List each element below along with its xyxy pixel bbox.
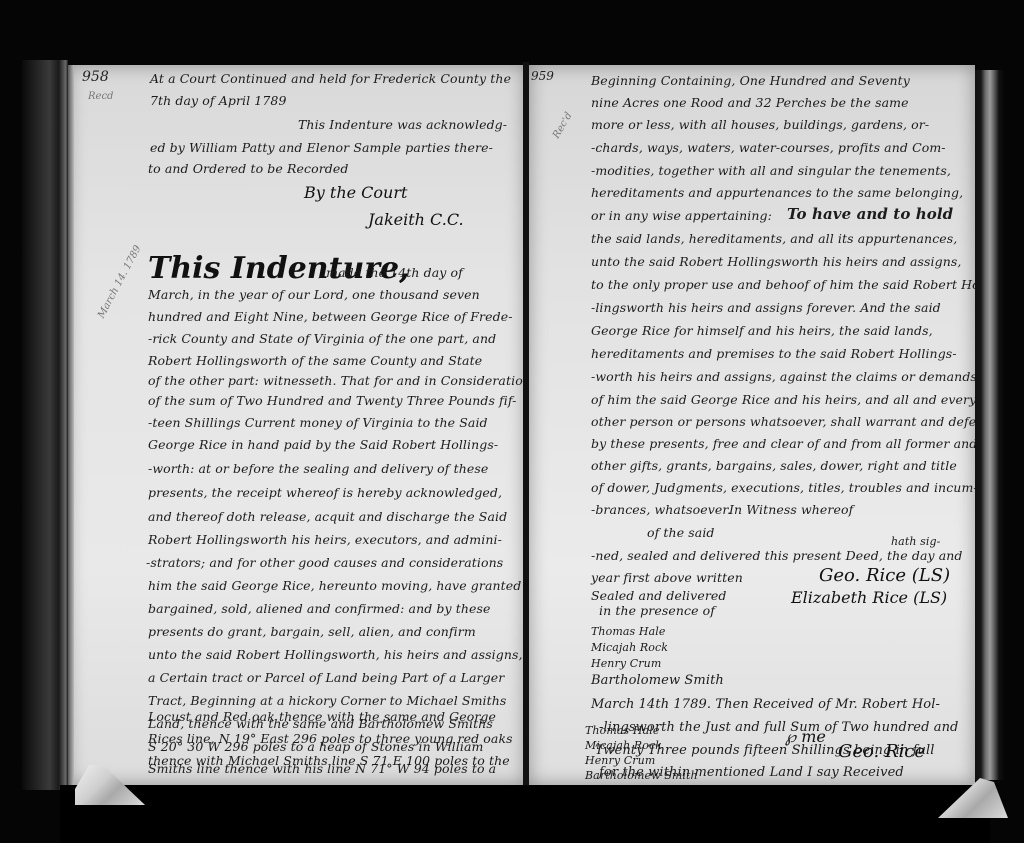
- signature-elizabeth-rice: Elizabeth Rice (LS): [791, 588, 947, 607]
- deed-line: George Rice for himself and his heirs, t…: [591, 323, 933, 338]
- witness-name: Henry Crum: [585, 754, 655, 767]
- book-edge-left: [22, 60, 68, 790]
- indenture-line: thence with Michael Smiths line S 71 E 1…: [148, 753, 510, 768]
- indenture-line: -worth: at or before the sealing and del…: [148, 461, 488, 476]
- page-number-left: 958: [82, 69, 109, 85]
- indenture-line: of the sum of Two Hundred and Twenty Thr…: [148, 393, 517, 408]
- receipt-line: March 14th 1789. Then Received of Mr. Ro…: [591, 697, 940, 712]
- deed-line: of him the said George Rice and his heir…: [591, 392, 975, 407]
- by-the-court: By the Court: [304, 183, 407, 202]
- per-me: ℘ me: [785, 727, 826, 746]
- deed-line: of dower, Judgments, executions, titles,…: [591, 480, 975, 495]
- sealed-delivered: Sealed and delivered: [591, 588, 727, 603]
- indenture-line: Locust and Red oak thence with the same …: [148, 709, 496, 724]
- year-written-line: year first above written: [591, 570, 743, 585]
- deed-line: nine Acres one Rood and 32 Perches be th…: [591, 95, 909, 110]
- court-line: 7th day of April 1789: [150, 93, 287, 108]
- right-page: 959 Rec'd Beginning Containing, One Hund…: [529, 65, 975, 785]
- in-presence-of: in the presence of: [599, 603, 715, 618]
- indenture-line: presents do grant, bargain, sell, alien,…: [148, 624, 476, 639]
- witness-name: Henry Crum: [591, 657, 661, 670]
- deed-line: -worth his heirs and assigns, against th…: [591, 369, 975, 384]
- page-number-right: 959: [531, 69, 554, 83]
- witness-name: Thomas Hale: [591, 625, 665, 638]
- clerk-signature: Jakeith C.C.: [368, 210, 464, 229]
- bottom-shadow: [60, 785, 990, 843]
- witness-name: Thomas Hale: [585, 724, 659, 737]
- indenture-line: a Certain tract or Parcel of Land being …: [148, 670, 504, 685]
- margin-note-recorded: Rec'd: [551, 111, 575, 141]
- deed-line: -chards, ways, waters, water-courses, pr…: [591, 140, 946, 155]
- deed-line: Beginning Containing, One Hundred and Se…: [591, 73, 910, 88]
- deed-line: -lingsworth his heirs and assigns foreve…: [591, 300, 941, 315]
- witness-name: Micajah Rock: [591, 641, 668, 654]
- indenture-line: of the other part: witnesseth. That for …: [148, 373, 525, 388]
- deed-line: other person or persons whatsoever, shal…: [591, 414, 975, 429]
- left-page: 958 Recd March 14. 1789 At a Court Conti…: [68, 65, 525, 785]
- deed-line: more or less, with all houses, buildings…: [591, 117, 929, 132]
- in-witness-whereof: In Witness whereof: [729, 502, 853, 517]
- indenture-line: -strators; and for other good causes and…: [146, 555, 503, 570]
- book-edge-right: [975, 70, 1005, 780]
- deed-line: the said lands, hereditaments, and all i…: [591, 231, 957, 246]
- receipt-signature: Geo. Rice: [838, 741, 925, 762]
- deed-line: hereditaments and appurtenances to the s…: [591, 185, 963, 200]
- witness-name: Micajah Rock: [585, 739, 662, 752]
- deed-line: -brances, whatsoever.: [591, 502, 731, 517]
- deed-line: other gifts, grants, bargains, sales, do…: [591, 458, 957, 473]
- margin-note-recorded: Recd: [88, 91, 113, 102]
- indenture-line: -rick County and State of Virginia of th…: [148, 331, 496, 346]
- deed-line: or in any wise appertaining:: [591, 208, 772, 223]
- indenture-line: Robert Hollingsworth his heirs, executor…: [148, 532, 502, 547]
- indenture-line: -teen Shillings Current money of Virgini…: [148, 415, 488, 430]
- signed-sealed-line: -ned, sealed and delivered this present …: [591, 548, 963, 563]
- indenture-line: , made the 14th day of: [318, 265, 463, 280]
- witness-name: Bartholomew Smith: [591, 673, 724, 688]
- deed-line: hereditaments and premises to the said R…: [591, 346, 957, 361]
- indenture-line: Tract, Beginning at a hickory Corner to …: [148, 693, 506, 708]
- indenture-line: presents, the receipt whereof is hereby …: [148, 485, 502, 500]
- indenture-line: him the said George Rice, hereunto movin…: [148, 578, 521, 593]
- indenture-line: hundred and Eight Nine, between George R…: [148, 309, 513, 324]
- deed-line: -modities, together with all and singula…: [591, 163, 951, 178]
- court-line: At a Court Continued and held for Freder…: [150, 71, 511, 86]
- deed-line: by these presents, free and clear of and…: [591, 436, 975, 451]
- witness-name: Bartholomew Smith: [585, 769, 698, 782]
- indenture-line: Robert Hollingsworth of the same County …: [148, 353, 482, 368]
- deed-line: to the only proper use and behoof of him…: [591, 277, 975, 292]
- deed-line: unto the said Robert Hollingsworth his h…: [591, 254, 962, 269]
- signature-geo-rice: Geo. Rice (LS): [819, 565, 950, 586]
- indenture-line: bargained, sold, aliened and confirmed: …: [148, 601, 491, 616]
- court-line: ed by William Patty and Elenor Sample pa…: [150, 140, 493, 155]
- indenture-line: Rices line, N 19° East 296 poles to thre…: [148, 731, 513, 746]
- margin-note-date: March 14. 1789: [96, 244, 144, 320]
- to-have-and-to-hold: To have and to hold: [787, 205, 953, 223]
- indenture-line: March, in the year of our Lord, one thou…: [148, 287, 480, 302]
- indenture-line: George Rice in hand paid by the Said Rob…: [148, 437, 498, 452]
- court-line: This Indenture was acknowledg-: [298, 117, 507, 132]
- indenture-line: and thereof doth release, acquit and dis…: [148, 509, 507, 524]
- court-line: to and Ordered to be Recorded: [148, 161, 348, 176]
- of-the-said: of the said: [647, 525, 715, 540]
- hath-signed: hath sig-: [891, 535, 940, 548]
- indenture-line: unto the said Robert Hollingsworth, his …: [148, 647, 523, 662]
